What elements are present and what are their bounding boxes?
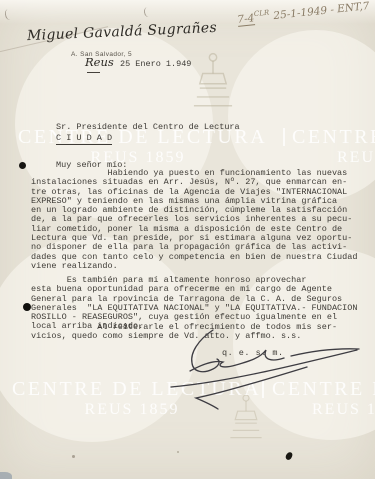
- fountain-emblem-watermark: [190, 50, 236, 116]
- watermark-divider: [283, 128, 285, 146]
- letterhead-city: Reus: [85, 55, 114, 69]
- watermark-text: REUS 1859: [12, 401, 252, 419]
- watermark-text: REUS 1859: [337, 149, 375, 167]
- body-paragraph: Habiendo ya puesto en funcionamiento las…: [31, 169, 357, 271]
- letter-date: 25 Enero 1.949: [120, 60, 191, 69]
- ink-dot: [23, 303, 31, 311]
- watermark-text: REUS 1859: [312, 401, 375, 419]
- paper-speck: [177, 451, 179, 453]
- watermark-divider: [262, 380, 264, 398]
- ink-dot: [19, 162, 26, 169]
- watermark-text: CENTRE DE LECTURA: [12, 378, 261, 401]
- body-paragraph: Al reiterarle el ofrecimiento de todos m…: [31, 323, 337, 342]
- ink-blot: [285, 451, 293, 461]
- watermark-text: CENTRE DE LECTURA: [292, 126, 375, 149]
- recipient-city: C I U D A D: [56, 134, 112, 145]
- closing-formula: q. e. s. m.: [222, 349, 284, 358]
- paper-speck: [72, 455, 75, 458]
- scanned-letter-page: CENTRE DE LECTURA REUS 1859 CENTRE DE LE…: [0, 0, 375, 479]
- watermark-text: REUS 1859: [18, 149, 258, 167]
- watermark-text: CENTRE DE LECTURA: [272, 378, 375, 401]
- annotation-reference: 7-4: [237, 12, 255, 27]
- annotation-superscript: CLR: [253, 9, 269, 19]
- letterhead-underline: [87, 72, 100, 73]
- scan-corner-artifact: [0, 472, 12, 479]
- recipient-line: Sr. Presidente del Centro de Lectura: [56, 123, 240, 132]
